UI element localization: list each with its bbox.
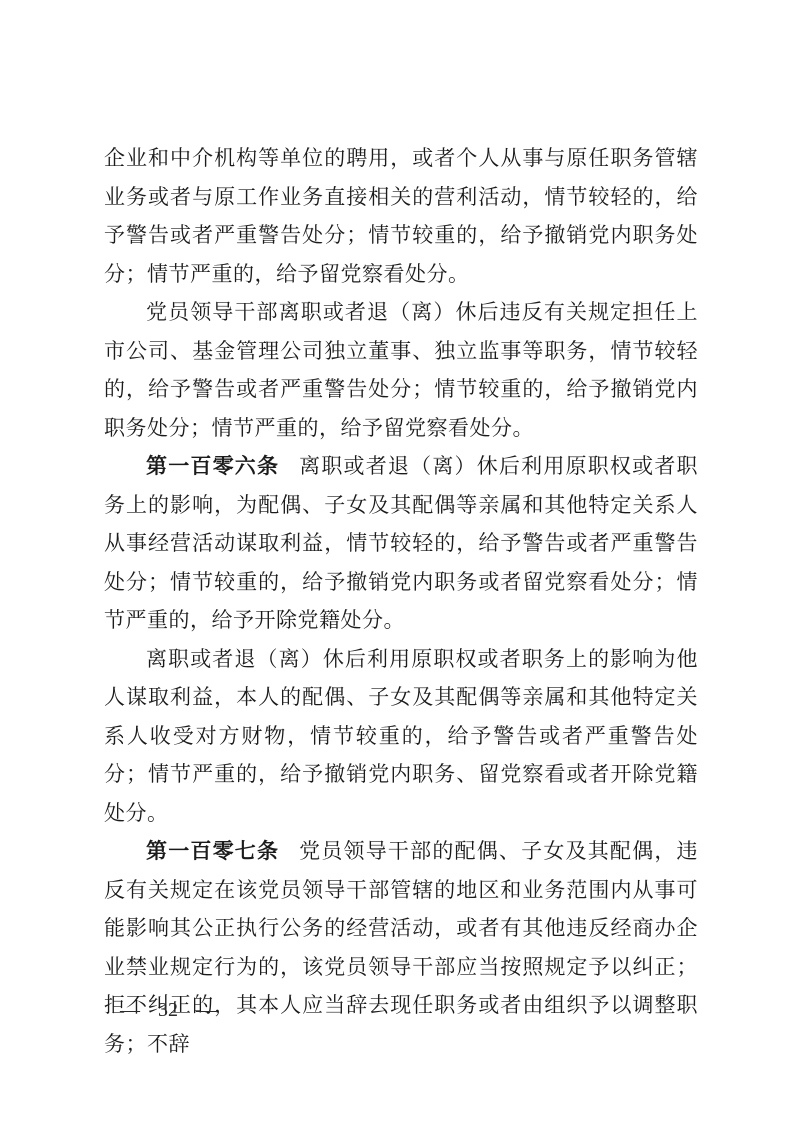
paragraph-text: 离职或者退（离）休后利用原职权或者职务上的影响为他人谋取利益，本人的配偶、子女及… bbox=[104, 647, 698, 825]
footer-right-dash: — bbox=[196, 996, 216, 1024]
paragraph-1: 企业和中介机构等单位的聘用，或者个人从事与原任职务管辖业务或者与原工作业务直接相… bbox=[104, 139, 698, 293]
page-footer: —32— bbox=[120, 996, 216, 1024]
paragraph-text: 企业和中介机构等单位的聘用，或者个人从事与原任职务管辖业务或者与原工作业务直接相… bbox=[104, 146, 698, 286]
paragraph-text: 党员领导干部离职或者退（离）休后违反有关规定担任上市公司、基金管理公司独立董事、… bbox=[104, 300, 698, 440]
article-number: 第一百零六条 bbox=[146, 454, 279, 478]
document-body: 企业和中介机构等单位的聘用，或者个人从事与原任职务管辖业务或者与原工作业务直接相… bbox=[104, 139, 698, 1063]
paragraph-5: 第一百零七条党员领导干部的配偶、子女及其配偶，违反有关规定在该党员领导干部管辖的… bbox=[104, 832, 698, 1063]
paragraph-4: 离职或者退（离）休后利用原职权或者职务上的影响为他人谋取利益，本人的配偶、子女及… bbox=[104, 640, 698, 833]
document-page: 企业和中介机构等单位的聘用，或者个人从事与原任职务管辖业务或者与原工作业务直接相… bbox=[0, 0, 793, 1122]
footer-left-dash: — bbox=[120, 996, 140, 1024]
paragraph-text: 离职或者退（离）休后利用原职权或者职务上的影响，为配偶、子女及其配偶等亲属和其他… bbox=[104, 454, 698, 632]
article-number: 第一百零七条 bbox=[146, 839, 279, 863]
paragraph-2: 党员领导干部离职或者退（离）休后违反有关规定担任上市公司、基金管理公司独立董事、… bbox=[104, 293, 698, 447]
page-number: 32 bbox=[158, 996, 178, 1024]
paragraph-3: 第一百零六条离职或者退（离）休后利用原职权或者职务上的影响，为配偶、子女及其配偶… bbox=[104, 447, 698, 640]
